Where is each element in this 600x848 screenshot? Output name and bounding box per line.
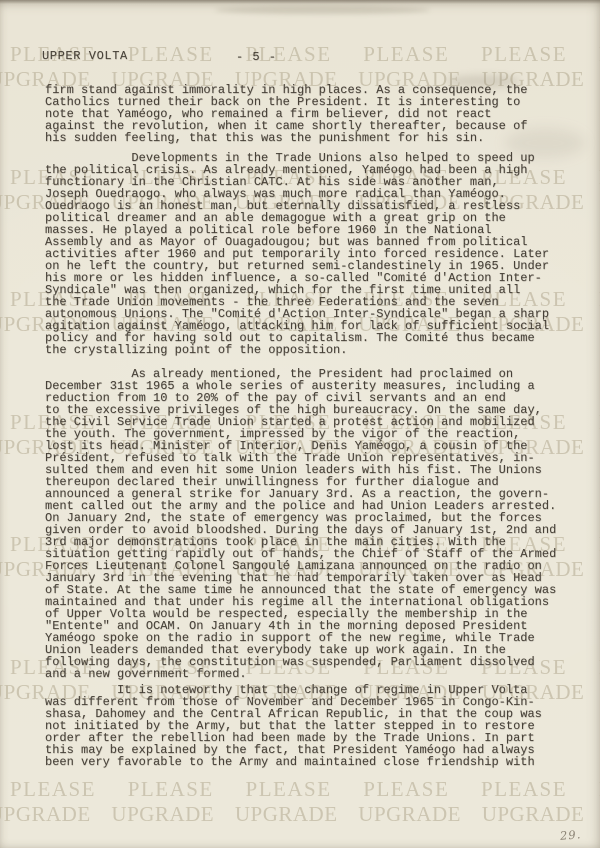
paragraph: firm stand against immorality in high pl… [45,84,580,144]
page-marker: - 5 - [236,50,277,64]
text-line: the crystallizing point of the oppositio… [45,344,580,356]
text-line: his sudden feeling, that this was the pu… [45,132,580,144]
scanned-document-page: PLEASE PLEASE PLEASE PLEASE PLEASE PLEAS… [0,0,600,848]
text-line: and a new government formed. [45,668,580,680]
paragraph: As already mentioned, the President had … [45,368,580,680]
document-title: UPPER VOLTA [42,49,128,63]
handwritten-page-number: 29. [559,827,581,843]
paragraph: It is noteworthy that the change of regi… [45,684,580,768]
text-line: been very favorable to the Army and main… [45,756,580,768]
paragraph: Developments in the Trade Unions also he… [45,152,580,356]
document-body: firm stand against immorality in high pl… [45,84,580,768]
scan-top-edge [0,0,600,4]
bleedthrough-smudge [215,6,430,14]
watermark-please: PLEASE PLEASE PLEASE PLEASE PLEASE PLEAS… [10,779,600,800]
watermark-upgrade: UPGRADE UPGRADE UPGRADE UPGRADE UPGRADE … [0,804,600,825]
